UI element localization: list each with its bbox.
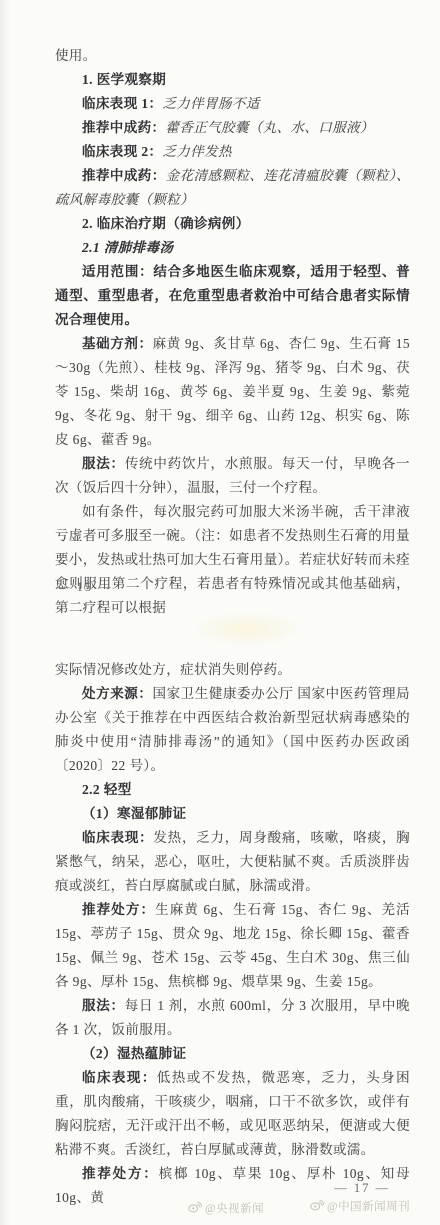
label-segment: 临床表现： — [82, 1070, 157, 1085]
paragraph: 处方来源：国家卫生健康委办公厅 国家中医药管理局办公室《关于推荐在中西医结合救治… — [55, 682, 410, 778]
paragraph: 临床表现：发热，乏力，周身酸痛，咳嗽，咯痰，胸紧憋气，纳呆，恶心，呕吐，大便粘腻… — [55, 826, 410, 898]
label-segment: 2. 临床治疗期（确诊病例） — [82, 216, 250, 231]
paragraph: 临床表现：低热或不发热，微恶寒，乏力，头身困重，肌肉酸痛，干咳痰少，咽痛，口干不… — [55, 1066, 410, 1162]
paragraph: 1. 医学观察期 — [55, 68, 410, 92]
paragraph: 服法：每日 1 剂，水煎 600ml，分 3 次服用，早中晚各 1 次，饭前服用… — [55, 994, 410, 1042]
paragraph: 2. 临床治疗期（确诊病例） — [55, 212, 410, 236]
paragraph: （2）湿热蕴肺证 — [55, 1042, 410, 1066]
label-segment: 推荐中成药： — [82, 120, 165, 135]
paragraph: 实际情况修改处方，症状消失则停药。 — [55, 658, 410, 682]
weibo-icon — [310, 1199, 324, 1214]
text-segment: 麻黄 9g、炙甘草 6g、杏仁 9g、生石膏 15～30g（先煎）、桂枝 9g、… — [55, 336, 410, 447]
paragraph: 2.2 轻型 — [55, 778, 410, 802]
text-segment: 如有条件，每次服完药可加服大米汤半碗，舌干津液亏虚者可多服至一碗。（注：如患者不… — [55, 504, 410, 615]
text-segment: 藿香正气胶囊（丸、水、口服液） — [165, 120, 374, 135]
text-segment: 实际情况修改处方，症状消失则停药。 — [55, 662, 291, 677]
paragraph: 适用范围：结合多地医生临床观察，适用于轻型、普通型、重型患者，在危重型患者救治中… — [55, 260, 410, 332]
label-segment: 临床表现： — [82, 830, 153, 845]
page-number-17: — 17 — — [334, 1181, 390, 1196]
weibo-watermark-china-newsweek: @中国新闻周刊 — [310, 1198, 410, 1214]
watermark-label: @央视新闻 — [205, 1200, 264, 1216]
label-segment: （1）寒湿郁肺证 — [82, 806, 186, 821]
watermark-label: @中国新闻周刊 — [327, 1198, 410, 1214]
text-segment: 使用。 — [55, 48, 97, 63]
label-segment: 临床表现 2： — [82, 144, 162, 159]
label-segment: 推荐处方： — [82, 1166, 159, 1181]
weibo-watermark-cctv-news: @央视新闻 — [188, 1200, 264, 1216]
label-segment: 2.2 轻型 — [82, 782, 132, 797]
paragraph: 2.1 清肺排毒汤 — [55, 236, 410, 260]
label-segment: 1. 医学观察期 — [82, 72, 166, 87]
label-segment: 基础方剂： — [82, 336, 153, 351]
text-segment: 乏力伴发热 — [162, 144, 232, 159]
paragraph: 推荐中成药：藿香正气胶囊（丸、水、口服液） — [55, 116, 410, 140]
paragraph: 临床表现 1：乏力伴胃肠不适 — [55, 92, 410, 116]
paragraph: 基础方剂：麻黄 9g、炙甘草 6g、杏仁 9g、生石膏 15～30g（先煎）、桂… — [55, 332, 410, 452]
label-segment: 处方来源： — [82, 686, 152, 701]
paragraph: 如有条件，每次服完药可加服大米汤半碗，舌干津液亏虚者可多服至一碗。（注：如患者不… — [55, 500, 410, 620]
paragraph: 临床表现 2：乏力伴发热 — [55, 140, 410, 164]
paragraph: 推荐中成药：金花清感颗粒、连花清瘟胶囊（颗粒）、疏风解毒胶囊（颗粒） — [55, 164, 410, 212]
paragraph: （1）寒湿郁肺证 — [55, 802, 410, 826]
paragraph: 推荐处方：生麻黄 6g、生石膏 15g、杏仁 9g、羌活 15g、葶苈子 15g… — [55, 898, 410, 994]
label-segment: 推荐处方： — [82, 902, 155, 917]
page-15-body: 使用。1. 医学观察期临床表现 1：乏力伴胃肠不适推荐中成药：藿香正气胶囊（丸、… — [55, 44, 410, 620]
label-segment: 适用范围： — [82, 264, 153, 279]
page-number-15: — 15 — — [57, 580, 113, 595]
paragraph: 使用。 — [55, 44, 410, 68]
text-segment: 乏力伴胃肠不适 — [162, 96, 259, 111]
paragraph: 服法：传统中药饮片，水煎服。每天一付，早晚各一次（饭后四十分钟），温服，三付一个… — [55, 452, 410, 500]
label-segment: 2.1 清肺排毒汤 — [82, 240, 173, 255]
label-segment: 服法： — [82, 998, 125, 1013]
label-segment: 推荐中成药： — [82, 168, 166, 183]
document-scan: 使用。1. 医学观察期临床表现 1：乏力伴胃肠不适推荐中成药：藿香正气胶囊（丸、… — [0, 0, 440, 1225]
page-17-body: 实际情况修改处方，症状消失则停药。处方来源：国家卫生健康委办公厅 国家中医药管理… — [55, 658, 410, 1210]
label-segment: 临床表现 1： — [82, 96, 162, 111]
scan-edge-shading — [0, 0, 10, 1225]
label-segment: （2）湿热蕴肺证 — [82, 1046, 186, 1061]
label-segment: 服法： — [82, 456, 125, 471]
weibo-icon — [188, 1201, 202, 1216]
